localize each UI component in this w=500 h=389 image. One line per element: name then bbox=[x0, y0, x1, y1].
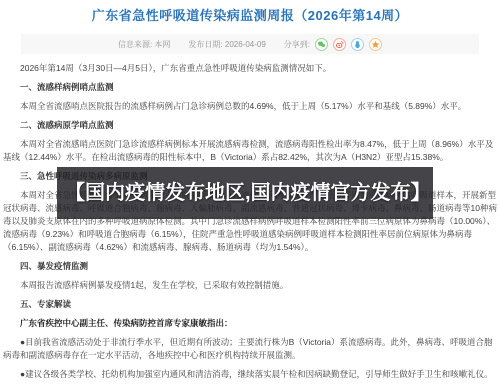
share-to-label: 分享到: bbox=[284, 39, 310, 50]
bullet-paragraph: ●目前我省流感活动处于非流行季水平，但近期有所波动；主要流行株为B（Victor… bbox=[3, 336, 497, 362]
bullet-paragraph: ●建议各级各类学校、托幼机构加强室内通风和清洁消毒，继续落实晨午检和因病缺勤登记… bbox=[3, 368, 497, 381]
section-heading-4: 四、暴发疫情监测 bbox=[3, 260, 497, 273]
watermark-overlay: 【国内疫情发布地区,国内疫情官方发布】 bbox=[57, 167, 433, 219]
star-glyph bbox=[371, 40, 380, 49]
weibo-glyph bbox=[335, 40, 344, 49]
page: 广东省急性呼吸道传染病监测周报（2026年第14周） 信息来源: 本网 发布日期… bbox=[0, 0, 500, 381]
source-label: 信息来源: 本网 bbox=[118, 39, 170, 50]
section-heading-2: 二、流感病原学哨点监测 bbox=[3, 119, 497, 132]
paragraph: 本周对全省流感哨点医院门急诊流感样病例标本开展流感病毒检测，流感病毒阳性检出率为… bbox=[3, 138, 497, 164]
publish-date-label: 发布日期: 2026-04-09 bbox=[188, 39, 265, 50]
meta-bar: 信息来源: 本网 发布日期: 2026-04-09 分享到: bbox=[21, 34, 479, 54]
page-title: 广东省急性呼吸道传染病监测周报（2026年第14周） bbox=[0, 0, 500, 24]
expert-lead-line: 广东省疾控中心副主任、传染病防控首席专家康敏指出： bbox=[3, 317, 497, 330]
share-group: 分享到: bbox=[284, 38, 382, 51]
wechat-icon[interactable] bbox=[315, 38, 328, 51]
paragraph: 本周报告流感样病例暴发疫情1起，发生在学校，已采取有效控制措施。 bbox=[3, 279, 497, 292]
qq-glyph bbox=[353, 40, 362, 49]
watermark-text: 【国内疫情发布地区,国内疫情官方发布】 bbox=[65, 181, 425, 206]
article-body: 2026年第14周（3月30日—4月5日），广东省重点急性呼吸道传染病监测情况如… bbox=[0, 62, 500, 381]
paragraph: 本周全省流感哨点医院报告的流感样病例占门急诊病例总数的4.69%，低于上周（5.… bbox=[3, 100, 497, 113]
intro-paragraph: 2026年第14周（3月30日—4月5日），广东省重点急性呼吸道传染病监测情况如… bbox=[3, 62, 497, 75]
wechat-glyph bbox=[317, 40, 326, 49]
section-heading-5: 五、专家解读 bbox=[3, 298, 497, 311]
section-heading-1: 一、流感样病例哨点监测 bbox=[3, 81, 497, 94]
qq-icon[interactable] bbox=[351, 38, 364, 51]
weibo-icon[interactable] bbox=[333, 38, 346, 51]
favorite-star-icon[interactable] bbox=[369, 38, 382, 51]
